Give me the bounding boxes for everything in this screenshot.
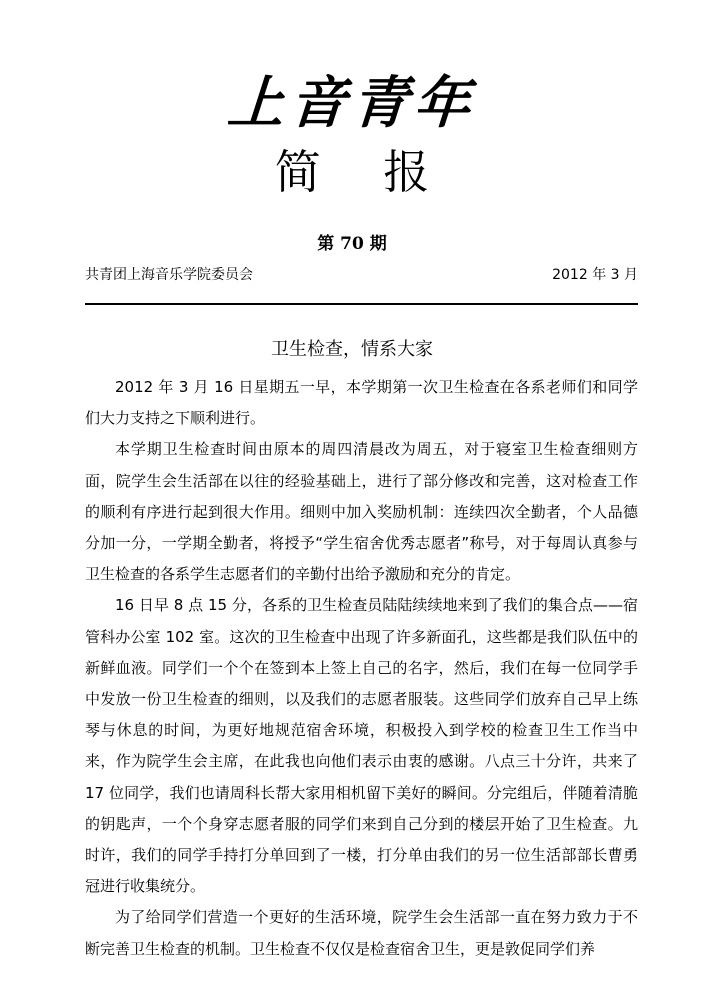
publisher: 共青团上海音乐学院委员会 <box>85 265 253 285</box>
newsletter-brand-title: 上音青年 <box>0 68 704 138</box>
article-body: 2012 年 3 月 16 日星期五一早，本学期第一次卫生检查在各系老师们和同学… <box>85 372 638 965</box>
article-paragraph: 2012 年 3 月 16 日星期五一早，本学期第一次卫生检查在各系老师们和同学… <box>85 372 638 434</box>
article-paragraph: 为了给同学们营造一个更好的生活环境，院学生会生活部一直在努力致力于不断完善卫生检… <box>85 902 638 964</box>
issue-number: 第 70 期 <box>0 232 704 256</box>
newsletter-subtitle: 简 报 <box>0 140 704 204</box>
article-paragraph: 本学期卫生检查时间由原本的周四清晨改为周五，对于寝室卫生检查细则方面，院学生会生… <box>85 434 638 590</box>
publication-date: 2012 年 3 月 <box>552 265 638 285</box>
article-paragraph: 16 日早 8 点 15 分，各系的卫生检查员陆陆续续地来到了我们的集合点——宿… <box>85 590 638 902</box>
publication-meta: 共青团上海音乐学院委员会 2012 年 3 月 <box>85 265 638 285</box>
article-title: 卫生检查，情系大家 <box>0 337 704 363</box>
header-divider <box>85 303 638 305</box>
